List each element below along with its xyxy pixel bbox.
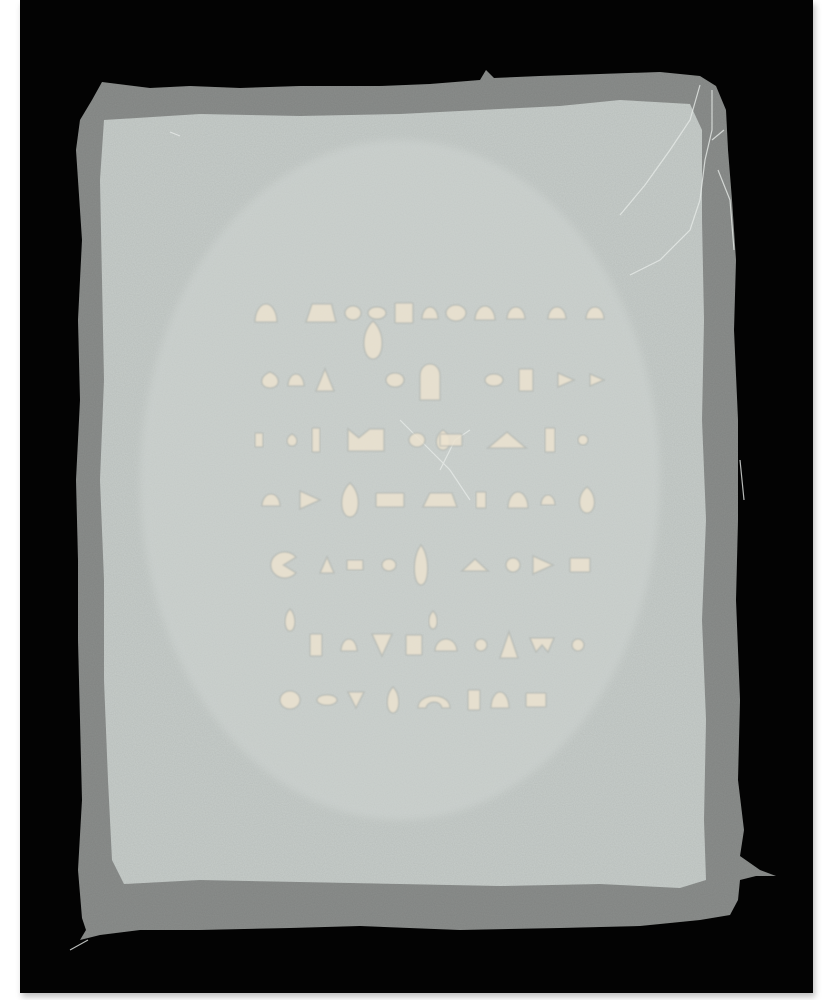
cutout-rect [519,369,533,391]
cutout-circ [572,639,584,651]
cutout-circ [578,435,588,445]
cutout-trap [423,493,457,507]
cutout-circ [475,639,487,651]
cutout-rect [395,303,413,323]
cutout-rect [406,635,422,655]
cutout-rect [545,428,555,452]
cutout-leaf [429,611,437,629]
cutout-circ [506,558,520,572]
paper-artwork [0,0,834,1000]
cutout-leaf [387,687,399,713]
cutout-oval [368,307,386,319]
cutout-rect [347,560,363,570]
cutout-trap [306,304,336,322]
cutout-circ [345,306,361,320]
cutout-rect [255,433,263,447]
cutout-oval [317,695,337,705]
cutout-rect [310,634,322,656]
paper-highlight [140,140,660,820]
cutout-leaf [287,434,297,446]
cutout-circ [409,433,425,447]
cutout-circ [446,305,466,321]
cutout-rect [570,558,590,572]
cutout-rect [476,492,486,508]
cutout-rect [440,434,462,446]
cutout-rect [526,693,546,707]
cutout-circ [382,559,396,571]
cutout-rect [376,493,404,507]
cutout-rect [468,690,480,710]
cutout-leaf [285,609,295,631]
cutout-circ [280,691,300,709]
cutout-oval [485,374,503,386]
cutout-rect [312,428,320,452]
cutout-bullet [420,364,440,400]
cutout-circ [386,373,404,387]
